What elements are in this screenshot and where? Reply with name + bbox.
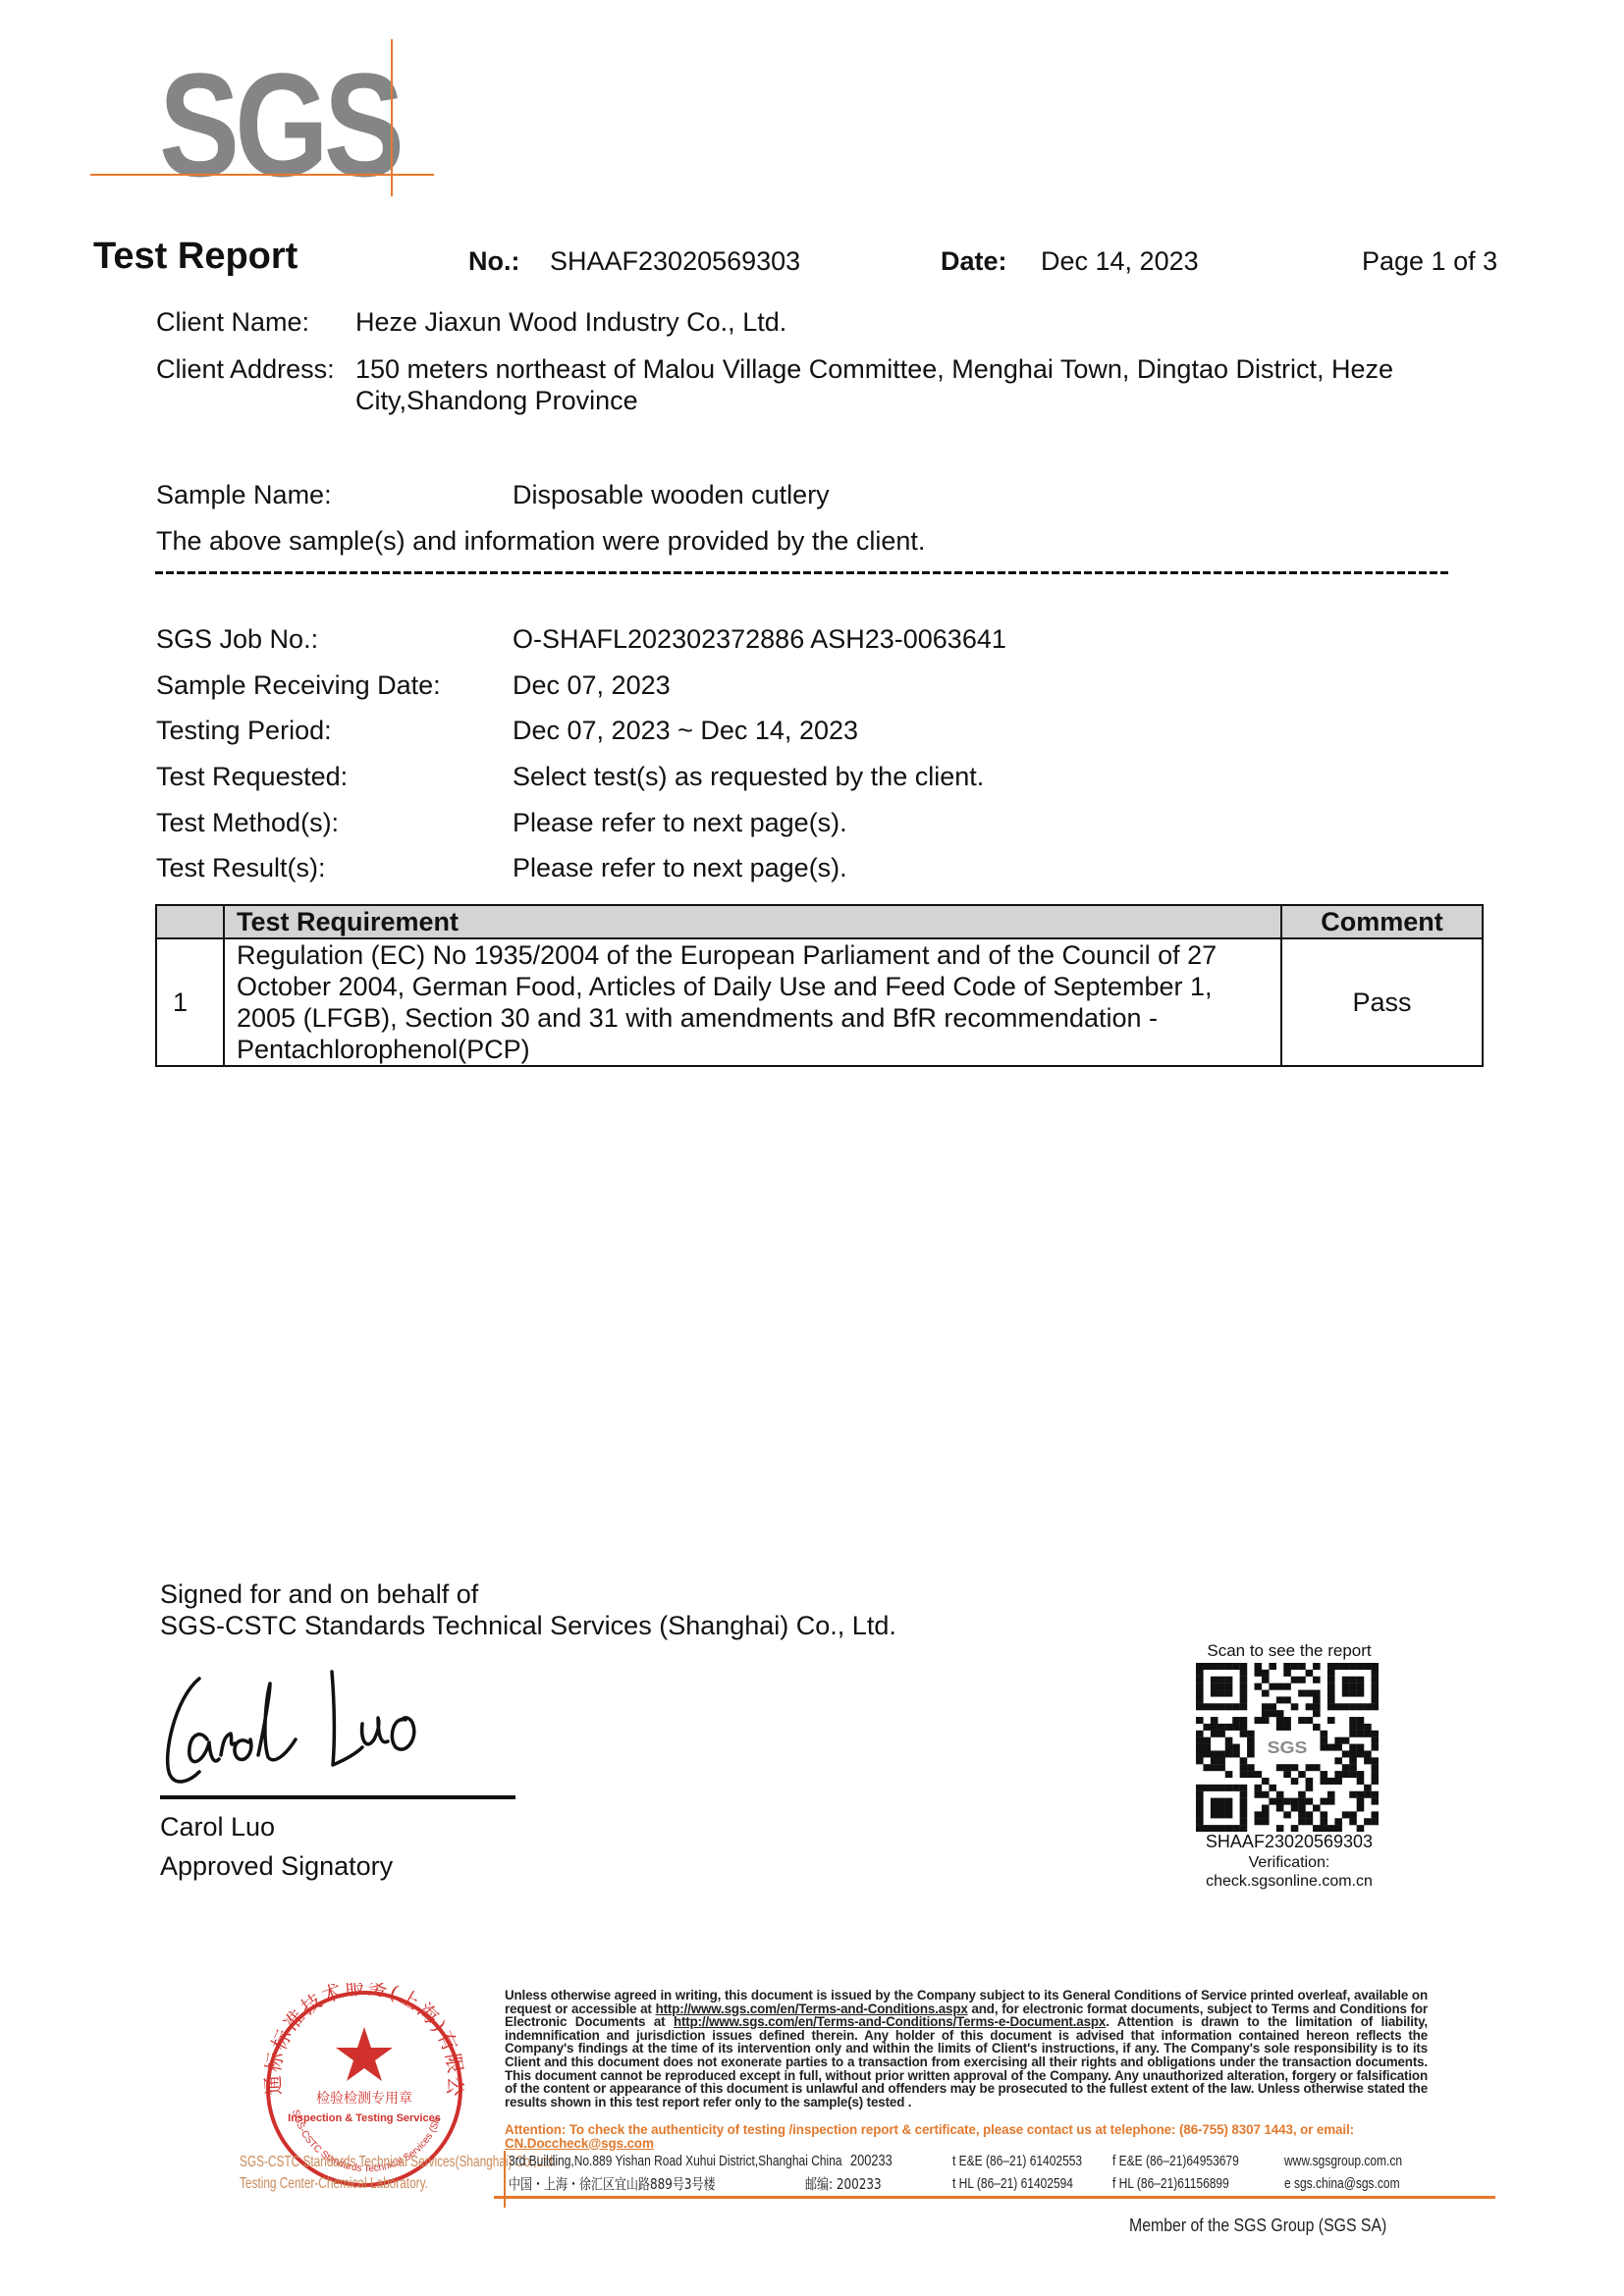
column-header-test-requirement: Test Requirement — [224, 905, 1281, 938]
footer-vertical-line — [504, 2151, 506, 2208]
footer-address-cn: 中国・上海・徐汇区宜山路889号3号楼 — [509, 2175, 716, 2193]
footer-fax-hl: f HL (86–21)61156899 — [1112, 2175, 1229, 2193]
qr-verification-label: Verification: — [1178, 1853, 1400, 1872]
qr-center-logo: SGS — [1268, 1737, 1308, 1757]
legal-disclaimer: Unless otherwise agreed in writing, this… — [505, 1989, 1428, 2109]
test-methods-value: Please refer to next page(s). — [513, 807, 847, 838]
stamp-center-english: Inspection & Testing Services — [288, 2112, 441, 2124]
authenticity-attention: Attention: To check the authenticity of … — [505, 2123, 1437, 2150]
signature-underline — [160, 1795, 515, 1799]
qr-report-id: SHAAF23020569303 — [1188, 1831, 1390, 1852]
sample-name-label: Sample Name: — [156, 479, 332, 510]
footer-website[interactable]: www.sgsgroup.com.cn — [1284, 2153, 1402, 2170]
footer-postcode-en: 200233 — [850, 2153, 893, 2170]
test-requirement-table: Test Requirement Comment 1 Regulation (E… — [155, 904, 1484, 1067]
test-requested-value: Select test(s) as requested by the clien… — [513, 761, 984, 792]
qr-caption: Scan to see the report — [1196, 1641, 1382, 1661]
page-indicator: Page 1 of 3 — [1362, 245, 1497, 277]
signatory-name: Carol Luo — [160, 1811, 275, 1842]
test-results-value: Please refer to next page(s). — [513, 852, 847, 883]
doccheck-email-link[interactable]: CN.Doccheck@sgs.com — [505, 2136, 654, 2151]
sgs-logo-text: SGS — [159, 51, 400, 198]
report-title: Test Report — [93, 240, 298, 272]
row-test-requirement: Regulation (EC) No 1935/2004 of the Euro… — [224, 938, 1281, 1066]
test-requested-label: Test Requested: — [156, 761, 348, 792]
stamp-center-chinese: 检验检测专用章 — [316, 2090, 412, 2107]
footer-divider — [494, 2196, 1495, 2199]
footer-fax-ee: f E&E (86–21)64953679 — [1112, 2153, 1239, 2170]
column-header-index — [156, 905, 224, 938]
footer-tel-ee: t E&E (86–21) 61402553 — [952, 2153, 1082, 2170]
qr-code[interactable]: SGS — [1196, 1663, 1379, 1832]
lab-name-line2: Testing Center-Chemical Laboratory. — [240, 2175, 428, 2193]
client-name-label: Client Name: — [156, 306, 309, 338]
client-address-value: 150 meters northeast of Malou Village Co… — [355, 353, 1465, 416]
report-number-label: No.: — [468, 245, 519, 277]
column-header-comment: Comment — [1281, 905, 1483, 938]
test-methods-label: Test Method(s): — [156, 807, 339, 838]
handwritten-signature — [160, 1649, 514, 1791]
sgs-logo: SGS — [90, 39, 444, 187]
job-number-label: SGS Job No.: — [156, 623, 318, 655]
signatory-title: Approved Signatory — [160, 1850, 393, 1882]
stamp-star-icon — [336, 2027, 393, 2081]
client-name-value: Heze Jiaxun Wood Industry Co., Ltd. — [355, 306, 786, 338]
job-number-value: O-SHAFL202302372886 ASH23-0063641 — [513, 623, 1006, 655]
report-date-label: Date: — [941, 245, 1007, 277]
testing-period-value: Dec 07, 2023 ~ Dec 14, 2023 — [513, 715, 858, 746]
testing-period-label: Testing Period: — [156, 715, 332, 746]
receiving-date-label: Sample Receiving Date: — [156, 669, 441, 701]
test-results-label: Test Result(s): — [156, 852, 326, 883]
report-number-value: SHAAF23020569303 — [550, 245, 800, 277]
logo-accent-vertical-line — [391, 39, 393, 196]
sample-name-value: Disposable wooden cutlery — [513, 479, 830, 510]
table-header-row: Test Requirement Comment — [156, 905, 1483, 938]
receiving-date-value: Dec 07, 2023 — [513, 669, 671, 701]
disclaimer-text-3: . Attention is drawn to the limitation o… — [505, 2014, 1428, 2109]
report-date-value: Dec 14, 2023 — [1041, 245, 1199, 277]
signing-company: SGS-CSTC Standards Technical Services (S… — [160, 1610, 896, 1641]
client-address-label: Client Address: — [156, 353, 335, 385]
footer-postcode-cn: 邮编: 200233 — [805, 2175, 882, 2193]
row-index: 1 — [156, 938, 224, 1066]
row-comment: Pass — [1281, 938, 1483, 1066]
sgs-group-membership: Member of the SGS Group (SGS SA) — [1129, 2215, 1386, 2236]
table-row: 1 Regulation (EC) No 1935/2004 of the Eu… — [156, 938, 1483, 1066]
dashed-divider — [155, 571, 1448, 574]
sample-provided-note: The above sample(s) and information were… — [156, 525, 925, 557]
logo-accent-horizontal-line — [90, 174, 434, 176]
footer-tel-hl: t HL (86–21) 61402594 — [952, 2175, 1073, 2193]
qr-verification-url: check.sgsonline.com.cn — [1178, 1872, 1400, 1891]
footer-email[interactable]: e sgs.china@sgs.com — [1284, 2175, 1400, 2193]
signed-on-behalf-line: Signed for and on behalf of — [160, 1578, 478, 1610]
footer-address-en: 3rd Building,No.889 Yishan Road Xuhui Di… — [509, 2153, 842, 2170]
